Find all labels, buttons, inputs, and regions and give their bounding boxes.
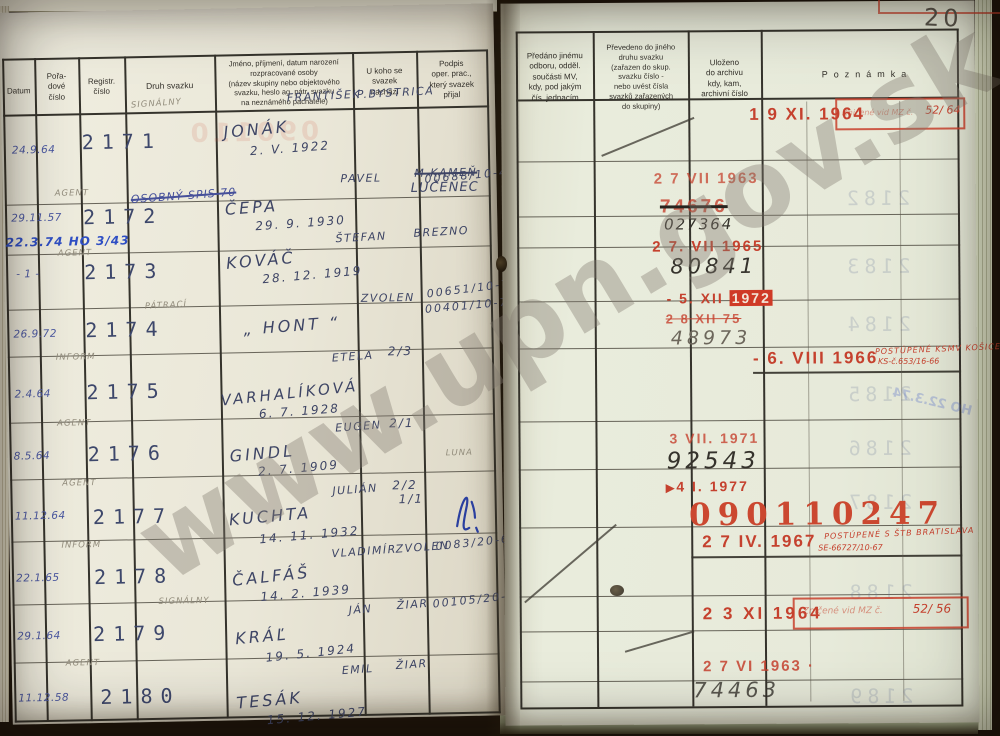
scanned-registry-photo: Datum Pořa- dové číslo Registr. číslo Dr…	[0, 0, 1000, 736]
rule	[691, 554, 962, 557]
header-poradove-cislo: Pořa- dové číslo	[34, 71, 79, 103]
destroyed-stamp-number: 52/ 56	[913, 603, 952, 617]
datum: - 1 -	[16, 268, 40, 281]
pencil-druh: PÁTRACÍ	[145, 301, 188, 313]
pencil-druh: AGENT	[58, 249, 93, 259]
archive-number-hw: 48973	[671, 328, 752, 350]
header-druh-svazku: Druh svazku	[125, 80, 215, 93]
reg-number: 2180	[100, 684, 181, 709]
destroyed-stamp-label: Zničené vid MZ č.	[803, 606, 883, 617]
datum: 26.9.72	[13, 328, 57, 341]
header-registr-cislo: Registr. číslo	[78, 76, 124, 98]
datum: 22.1.65	[16, 572, 60, 585]
rule	[593, 31, 600, 707]
pencil-druh: INFORM	[56, 353, 96, 364]
rule	[753, 370, 961, 373]
transfer-note-number: SE-66727/10-67	[818, 543, 882, 553]
given-name: ŠTEFAN	[335, 231, 387, 246]
signature	[446, 486, 489, 539]
flag-icon: ▶	[666, 482, 677, 494]
archive-number-hw: 74463	[693, 678, 780, 703]
binding-hole	[610, 585, 624, 596]
datum: 2.4.64	[14, 388, 51, 401]
slash-mark	[524, 524, 616, 603]
pencil-druh: AGENT	[62, 479, 97, 489]
header-predano: Předáno jinému odboru, odděl. součásti M…	[518, 51, 592, 103]
transfer-note-number: KS-č.653/16-66	[878, 357, 939, 367]
birth-date: 2. V. 1922	[249, 139, 330, 159]
given-name: JÁN	[348, 603, 372, 617]
date-stamp-part: 4 I. 1977	[676, 478, 749, 495]
given-name: VLADIMÍR	[331, 544, 397, 561]
destroyed-stamp-box: Zničené vid MZ č. 52/ 56	[793, 596, 969, 629]
city: ZVOLEN	[361, 292, 415, 306]
surname: ČEPA	[224, 197, 278, 219]
u-koho-2: 1/1	[399, 493, 425, 507]
reg-number: 2174	[85, 318, 166, 343]
datum: 11.12.58	[18, 692, 69, 705]
bleed-number: 2186	[844, 437, 912, 460]
reg-number: 2172	[83, 205, 164, 230]
reg-number: 2179	[93, 622, 174, 647]
date-stamp: 2 7 VI 1963 ·	[703, 657, 815, 675]
pencil-druh: AGENT	[66, 659, 101, 669]
birth-date: 14. 2. 1939	[260, 583, 352, 605]
date-stamp: ▶4 I. 1977	[666, 478, 749, 495]
bleed-number: 2189	[845, 685, 913, 708]
reg-number: 2173	[84, 260, 165, 285]
archive-number-hw: 92543	[667, 448, 760, 475]
datum: 29.1.64	[17, 630, 61, 643]
rule	[518, 418, 961, 422]
rule	[520, 628, 963, 632]
pencil-note: LUNA	[446, 449, 473, 459]
reg-number: 2176	[87, 442, 168, 467]
date-stamp: 2 8 XII 75	[666, 312, 742, 327]
birth-date: 29. 9. 1930	[255, 214, 346, 234]
birth-date: 19. 5. 1924	[265, 642, 357, 665]
datum: 29.11.57	[11, 212, 62, 225]
datum: 11.12.64	[15, 510, 66, 523]
date-stamp: - 6. VIII 1966	[753, 348, 878, 368]
city: ŽIAR	[396, 598, 429, 613]
header-ulozeno: Uloženo do archivu kdy, kam, archivní čí…	[689, 58, 760, 100]
rule	[516, 28, 959, 33]
pencil-druh: SIGNÁLNY	[131, 98, 183, 111]
date-stamp: 3 VII. 1971	[669, 430, 759, 447]
slash-mark	[601, 117, 694, 156]
city: BREZNO	[413, 225, 469, 241]
surname: TESÁK	[236, 689, 304, 713]
surname: KRÁĽ	[235, 626, 290, 649]
header-prevedeno: Převedeno do jiného druhu svazku (zařaze…	[595, 42, 687, 111]
pencil-druh: AGENT	[57, 419, 92, 429]
reg-number: 2171	[82, 130, 163, 155]
pencil-druh: INFORM	[61, 541, 101, 552]
header-datum: Datum	[3, 86, 35, 97]
rule	[214, 55, 229, 719]
datum: 24.9.64	[12, 144, 56, 157]
pencil-druh: AGENT	[55, 189, 90, 199]
date-stamp: 2 7 IV. 1967	[702, 531, 816, 551]
given-name: PAVEL	[340, 172, 381, 185]
bleed-number: 2183	[842, 255, 910, 278]
datum: 8.5.64	[14, 450, 51, 463]
city: ŽIAR	[395, 658, 428, 673]
surname: „ HONT “	[243, 314, 341, 339]
slash-mark	[625, 631, 694, 653]
bleed-number: 2184	[843, 313, 911, 336]
given-name: EMIL	[341, 663, 374, 678]
date-stamp-highlight: 1972	[730, 290, 773, 306]
reg-number: 2175	[86, 380, 167, 405]
rule	[688, 30, 695, 706]
